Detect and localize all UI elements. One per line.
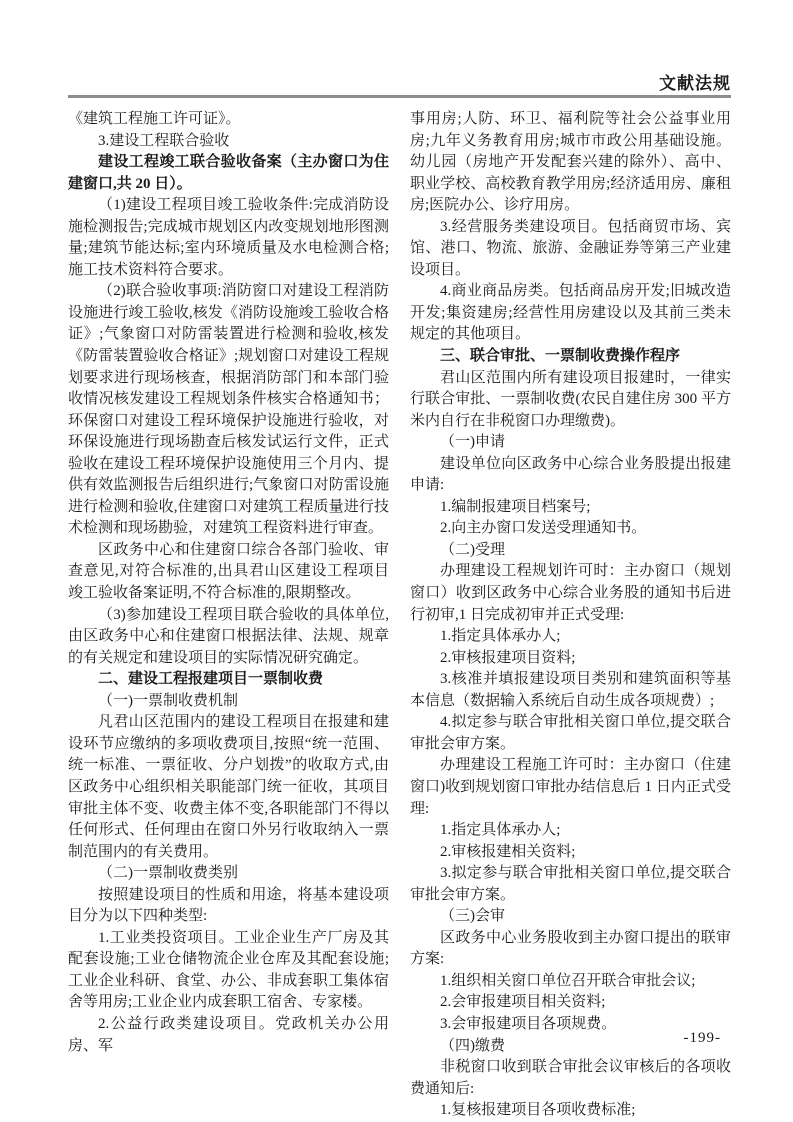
- paragraph: 1.编制报建项目档案号;: [410, 497, 731, 519]
- paragraph: 3.经营服务类建设项目。包括商贸市场、宾馆、港口、物流、旅游、金融证券等第三产业…: [410, 217, 731, 282]
- paragraph: 区政务中心和住建窗口综合各部门验收、审查意见,对符合标准的,出具君山区建设工程项…: [68, 540, 389, 605]
- paragraph: 3.拟定参与联合审批相关窗口单位,提交联合审批会审方案。: [410, 863, 731, 906]
- paragraph: （一)一票制收费机制: [68, 691, 389, 713]
- paragraph: 君山区范围内所有建设项目报建时，一律实行联合审批、一票制收费(农民自建住房 30…: [410, 368, 731, 433]
- paragraph: 4.拟定参与联合审批相关窗口单位,提交联合审批会审方案。: [410, 712, 731, 755]
- paragraph: （3)参加建设工程项目联合验收的具体单位,由区政务中心和住建窗口根据法律、法规、…: [68, 605, 389, 670]
- paragraph: 2.会审报建项目相关资料;: [410, 992, 731, 1014]
- paragraph: 1.指定具体承办人;: [410, 820, 731, 842]
- paragraph: 2.审核报建项目资料;: [410, 648, 731, 670]
- paragraph: 区政务中心业务股收到主办窗口提出的联审方案:: [410, 928, 731, 971]
- paragraph: 2.审核报建相关资料;: [410, 842, 731, 864]
- paragraph: 1.复核报建项目各项收费标准;: [410, 1100, 731, 1122]
- left-column: 《建筑工程施工许可证》。3.建设工程联合验收建设工程竣工联合验收备案（主办窗口为…: [68, 109, 389, 1122]
- paragraph: （三)会审: [410, 906, 731, 928]
- document-page: 文献法规 《建筑工程施工许可证》。3.建设工程联合验收建设工程竣工联合验收备案（…: [0, 0, 793, 1122]
- header-rule: [68, 95, 731, 98]
- paragraph: （二)受理: [410, 540, 731, 562]
- paragraph: 1.工业类投资项目。工业企业生产厂房及其配套设施;工业仓储物流企业仓库及其配套设…: [68, 928, 389, 1014]
- paragraph: 2.公益行政类建设项目。党政机关办公用房、军: [68, 1014, 389, 1057]
- paragraph: 《建筑工程施工许可证》。: [68, 109, 389, 131]
- paragraph: 建设工程竣工联合验收备案（主办窗口为住建窗口,共 20 日）。: [68, 152, 389, 195]
- paragraph: 二、建设工程报建项目一票制收费: [68, 669, 389, 691]
- paragraph: 办理建设工程施工许可时：主办窗口（住建窗口)收到规划窗口审批办结信息后 1 日内…: [410, 755, 731, 820]
- paragraph: 3.建设工程联合验收: [68, 131, 389, 153]
- paragraph: 非税窗口收到联合审批会议审核后的各项收费通知后:: [410, 1057, 731, 1100]
- paragraph: 3.核准并填报建设项目类别和建筑面积等基本信息（数据输入系统后自动生成各项规费）…: [410, 669, 731, 712]
- paragraph: 凡君山区范围内的建设工程项目在报建和建设环节应缴纳的多项收费项目,按照“统一范围…: [68, 712, 389, 863]
- paragraph: （2)联合验收事项:消防窗口对建设工程消防设施进行竣工验收,核发《消防设施竣工验…: [68, 281, 389, 540]
- paragraph: 2.向主办窗口发送受理通知书。: [410, 518, 731, 540]
- paragraph: 办理建设工程规划许可时：主办窗口（规划窗口）收到区政务中心综合业务股的通知书后进…: [410, 561, 731, 626]
- header-title: 文献法规: [659, 69, 731, 94]
- paragraph: 1.指定具体承办人;: [410, 626, 731, 648]
- paragraph: 1.组织相关窗口单位召开联合审批会议;: [410, 971, 731, 993]
- right-column: 事用房;人防、环卫、福利院等社会公益事业用房;九年义务教育用房;城市市政公用基础…: [410, 109, 731, 1122]
- paragraph: （1)建设工程项目竣工验收条件:完成消防设施检测报告;完成城市规划区内改变规划地…: [68, 195, 389, 281]
- paragraph: 三、联合审批、一票制收费操作程序: [410, 346, 731, 368]
- paragraph: 按照建设项目的性质和用途，将基本建设项目分为以下四种类型:: [68, 885, 389, 928]
- paragraph: 事用房;人防、环卫、福利院等社会公益事业用房;九年义务教育用房;城市市政公用基础…: [410, 109, 731, 217]
- paragraph: 4.商业商品房类。包括商品房开发;旧城改造开发;集资建房;经营性用房建设以及其前…: [410, 281, 731, 346]
- paragraph: （一)申请: [410, 432, 731, 454]
- text-columns: 《建筑工程施工许可证》。3.建设工程联合验收建设工程竣工联合验收备案（主办窗口为…: [68, 109, 731, 1122]
- paragraph: （二)一票制收费类别: [68, 863, 389, 885]
- paragraph: 建设单位向区政务中心综合业务股提出报建申请:: [410, 454, 731, 497]
- page-number: -199-: [684, 1030, 722, 1047]
